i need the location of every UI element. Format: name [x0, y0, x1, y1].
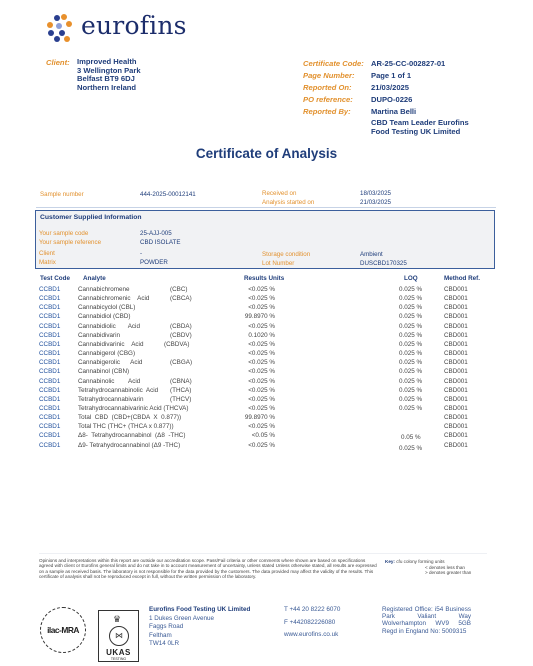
disclaimer-text: Opinions and interpretations within this… [39, 558, 379, 580]
meta-label: PO reference: [303, 95, 371, 104]
table-row: CCBD1Cannabinol (CBN)<0.025 %0.025 %CBD0… [0, 368, 533, 377]
loq-value: 0.025 % [399, 368, 422, 375]
result-value: <0.025 % [248, 405, 275, 412]
company-name: Eurofins Food Testing UK Limited [149, 606, 250, 615]
table-row: CCBD1Tetrahydrocannabivarinic Acid (THCV… [0, 405, 533, 414]
analyte-name: Δ8- Tetrahydrocannabinol (Δ8 -THC) [78, 432, 185, 439]
loq-value: 0.025 % [399, 323, 422, 330]
analyte-name: Cannabichromene [78, 286, 129, 293]
analyte-abbr: (CBDA) [170, 323, 192, 330]
sample-number-label: Sample number [40, 191, 84, 198]
loq-value: 0.025 % [399, 304, 422, 311]
company-address: Eurofins Food Testing UK Limited 1 Dukes… [149, 606, 250, 649]
brand-name: eurofins [81, 11, 187, 40]
result-value: <0.025 % [248, 350, 275, 357]
client-label: Client: [46, 58, 70, 67]
meta-po-reference: PO reference: DUPO-0226 [303, 94, 469, 106]
meta-value: 21/03/2025 [371, 83, 409, 92]
result-value: <0.025 % [248, 304, 275, 311]
divider [36, 207, 496, 208]
method-ref: CBD001 [444, 313, 468, 320]
address-line: Feltham [149, 632, 250, 641]
analyte-abbr: (CBDV) [170, 332, 192, 339]
analyte-name: Cannabigerol (CBG) [78, 350, 135, 357]
table-row: CCBD1Cannabigerol (CBG)<0.025 %0.025 %CB… [0, 350, 533, 359]
analyte-abbr: (CBC) [170, 286, 188, 293]
address-line: Faggs Road [149, 623, 250, 632]
test-code: CCBD1 [39, 286, 60, 293]
test-code: CCBD1 [39, 378, 60, 385]
analyte-name: Cannabigerolic Acid [78, 359, 142, 366]
loq-value: 0.025 % [399, 396, 422, 403]
contact-info: T +44 20 8222 6070 F +442082226080 www.e… [284, 606, 340, 640]
method-ref: CBD001 [444, 359, 468, 366]
key-legend: Key: cfu colony forming units < denotes … [385, 559, 471, 576]
ilac-text: ilac-MRA [47, 625, 79, 635]
table-row: CCBD1Cannabidivarin(CBDV)0.1020 %0.025 %… [0, 332, 533, 341]
col-results-units: Results Units [244, 275, 284, 282]
test-code: CCBD1 [39, 304, 60, 311]
method-ref: CBD001 [444, 423, 468, 430]
analyte-name: Cannabinolic Acid [78, 378, 140, 385]
loq-value: 0.025 % [399, 378, 422, 385]
analyte-name: Cannabidiol (CBD) [78, 313, 131, 320]
result-value: <0.05 % [252, 432, 275, 439]
analysis-started-label: Analysis started on [262, 199, 314, 206]
result-value: <0.025 % [248, 295, 275, 302]
logo-dots-icon [47, 14, 75, 42]
method-ref: CBD001 [444, 432, 468, 439]
test-code: CCBD1 [39, 368, 60, 375]
col-loq: LOQ [404, 275, 418, 282]
analyte-name: Total THC (THC+ (THCA x 0.877)) [78, 423, 174, 430]
ukas-text: UKAS [99, 648, 138, 657]
test-code: CCBD1 [39, 396, 60, 403]
test-code: CCBD1 [39, 350, 60, 357]
address-line: TW14 0LR [149, 640, 250, 649]
reported-by-line: Food Testing UK Limited [371, 127, 469, 136]
test-code: CCBD1 [39, 432, 60, 439]
meta-label: Certificate Code: [303, 59, 371, 68]
reported-by-title: CBD Team Leader Eurofins Food Testing UK… [303, 118, 469, 136]
customer-info-box: Customer Supplied Information Your sampl… [35, 210, 495, 269]
fax: F +442082226080 [284, 619, 340, 628]
meta-value: DUPO-0226 [371, 95, 412, 104]
analyte-name: Cannabidivarin [78, 332, 120, 339]
analyte-name: Tetrahydrocannabivarin [78, 396, 143, 403]
result-value: 99.8970 % [245, 414, 275, 421]
method-ref: CBD001 [444, 286, 468, 293]
key-label: Key: [385, 559, 395, 564]
divider [39, 553, 487, 554]
method-ref: CBD001 [444, 332, 468, 339]
loq-value: 0.025 % [399, 387, 422, 394]
method-ref: CBD001 [444, 295, 468, 302]
table-row: CCBD1Cannabichromenic Acid(CBCA)<0.025 %… [0, 295, 533, 304]
method-ref: CBD001 [444, 442, 468, 449]
table-row: CCBD1Cannabigerolic Acid(CBGA)<0.025 %0.… [0, 359, 533, 368]
sample-reference-label: Your sample reference [39, 239, 101, 246]
table-row: CCBD1Cannabidiol (CBD)99.8970 %0.025 %CB… [0, 313, 533, 322]
registered-office: Registered Office: i54 Business Park Val… [382, 606, 471, 635]
ukas-emblem-icon: ⋈ [109, 626, 129, 646]
meta-value: AR-25-CC-002827-01 [371, 59, 445, 68]
test-code: CCBD1 [39, 414, 60, 421]
test-code: CCBD1 [39, 387, 60, 394]
website-link[interactable]: www.eurofins.co.uk [284, 631, 340, 640]
method-ref: CBD001 [444, 304, 468, 311]
method-ref: CBD001 [444, 414, 468, 421]
client-address: Improved Health 3 Wellington Park Belfas… [77, 58, 141, 92]
method-ref: CBD001 [444, 341, 468, 348]
test-code: CCBD1 [39, 295, 60, 302]
client-field-label: Client [39, 250, 55, 257]
result-value: 0.1020 % [248, 332, 275, 339]
analyte-name: Total CBD (CBD+(CBDA X 0.877)) [78, 414, 181, 421]
sample-number: 444-2025-00012141 [140, 191, 196, 198]
table-row: CCBD1Total THC (THC+ (THCA x 0.877))<0.0… [0, 423, 533, 432]
analyte-name: Cannabidiolic Acid [78, 323, 140, 330]
client-field: - [140, 250, 142, 257]
table-row: CCBD1Cannabicyclol (CBL)<0.025 %0.025 %C… [0, 304, 533, 313]
method-ref: CBD001 [444, 396, 468, 403]
lot-number: DUSCBD170325 [360, 260, 407, 267]
meta-label: Reported On: [303, 83, 371, 92]
meta-label: Page Number: [303, 71, 371, 80]
result-value: <0.025 % [248, 341, 275, 348]
result-value: <0.025 % [248, 387, 275, 394]
loq-value: 0.025 % [399, 359, 422, 366]
result-value: <0.025 % [248, 368, 275, 375]
storage-condition: Ambient [360, 251, 383, 258]
loq-value: 0.025 % [399, 313, 422, 320]
analyte-name: Cannabidivarinic Acid [78, 341, 143, 348]
loq-value: 0.025 % [399, 445, 422, 452]
key-line: cfu colony forming units [396, 559, 444, 564]
meta-reported-on: Reported On: 21/03/2025 [303, 81, 469, 93]
address-line: 1 Dukes Green Avenue [149, 615, 250, 624]
sample-code-label: Your sample code [39, 230, 88, 237]
method-ref: CBD001 [444, 405, 468, 412]
loq-value: 0.025 % [399, 405, 422, 412]
test-code: CCBD1 [39, 323, 60, 330]
client-line: Northern Ireland [77, 84, 141, 93]
result-value: <0.025 % [248, 396, 275, 403]
sample-code: 25-AJJ-005 [140, 230, 172, 237]
sample-reference: CBD ISOLATE [140, 239, 180, 246]
analyte-abbr: (CBGA) [170, 359, 192, 366]
result-value: <0.025 % [248, 359, 275, 366]
table-row: CCBD1Cannabidiolic Acid(CBDA)<0.025 %0.0… [0, 323, 533, 332]
test-code: CCBD1 [39, 332, 60, 339]
lot-label: Lot Number [262, 260, 294, 267]
received-date: 18/03/2025 [360, 190, 391, 197]
analyte-abbr: (THCA) [170, 387, 191, 394]
loq-value: 0.025 % [399, 341, 422, 348]
analyte-name: Δ9- Tetrahydrocannabinol (Δ9 -THC) [78, 442, 180, 449]
analyte-name: Tetrahydrocannabivarinic Acid (THCVA) [78, 405, 188, 412]
loq-value: 0.05 % [401, 434, 421, 441]
result-value: <0.025 % [248, 323, 275, 330]
col-test-code: Test Code [40, 275, 70, 282]
meta-label: Reported By: [303, 107, 371, 116]
meta-value: Martina Belli [371, 107, 416, 116]
loq-value: 0.025 % [399, 295, 422, 302]
analyte-name: Cannabicyclol (CBL) [78, 304, 135, 311]
table-row: CCBD1Δ9- Tetrahydrocannabinol (Δ9 -THC)<… [0, 442, 533, 451]
result-value: <0.025 % [248, 378, 275, 385]
result-value: <0.025 % [248, 423, 275, 430]
method-ref: CBD001 [444, 350, 468, 357]
table-row: CCBD1Cannabichromene(CBC)<0.025 %0.025 %… [0, 286, 533, 295]
phone: T +44 20 8222 6070 [284, 606, 340, 615]
key-line: > denotes greater than [385, 570, 471, 576]
result-value: <0.025 % [248, 442, 275, 449]
eurofins-logo: eurofins [47, 14, 177, 46]
test-code: CCBD1 [39, 405, 60, 412]
table-row: CCBD1Tetrahydrocannabivarin(THCV)<0.025 … [0, 396, 533, 405]
ukas-logo-icon: ♛ ⋈ UKAS TESTING [98, 610, 139, 662]
received-label: Received on [262, 190, 296, 197]
ilac-mra-logo-icon: ilac-MRA [40, 607, 86, 653]
meta-page-number: Page Number: Page 1 of 1 [303, 69, 469, 81]
table-row: CCBD1Cannabidivarinic Acid(CBDVA)<0.025 … [0, 341, 533, 350]
table-row: CCBD1Δ8- Tetrahydrocannabinol (Δ8 -THC)<… [0, 432, 533, 441]
analysis-started-date: 21/03/2025 [360, 199, 391, 206]
matrix-label: Matrix [39, 259, 56, 266]
method-ref: CBD001 [444, 387, 468, 394]
test-code: CCBD1 [39, 423, 60, 430]
analyte-abbr: (THCV) [170, 396, 191, 403]
method-ref: CBD001 [444, 323, 468, 330]
col-analyte: Analyte [83, 275, 106, 282]
customer-info-title: Customer Supplied Information [40, 214, 142, 221]
analyte-name: Tetrahydrocannabinolic Acid [78, 387, 158, 394]
table-row: CCBD1Cannabinolic Acid(CBNA)<0.025 %0.02… [0, 378, 533, 387]
analyte-name: Cannabinol (CBN) [78, 368, 129, 375]
certificate-meta: Certificate Code: AR-25-CC-002827-01 Pag… [303, 57, 469, 136]
method-ref: CBD001 [444, 378, 468, 385]
meta-value: Page 1 of 1 [371, 71, 411, 80]
loq-value: 0.025 % [399, 350, 422, 357]
test-code: CCBD1 [39, 313, 60, 320]
loq-value: 0.025 % [399, 286, 422, 293]
meta-reported-by: Reported By: Martina Belli [303, 106, 469, 118]
analyte-abbr: (CBCA) [170, 295, 192, 302]
test-code: CCBD1 [39, 359, 60, 366]
meta-certificate-code: Certificate Code: AR-25-CC-002827-01 [303, 57, 469, 69]
page-title: Certificate of Analysis [0, 146, 533, 161]
storage-label: Storage condition [262, 251, 310, 258]
matrix: POWDER [140, 259, 168, 266]
analyte-name: Cannabichromenic Acid [78, 295, 149, 302]
analyte-abbr: (CBDVA) [164, 341, 189, 348]
analyte-abbr: (CBNA) [170, 378, 192, 385]
ukas-subtext: TESTING [99, 657, 138, 661]
result-value: <0.025 % [248, 286, 275, 293]
result-value: 99.8970 % [245, 313, 275, 320]
reported-by-line: CBD Team Leader Eurofins [371, 118, 469, 127]
table-row: CCBD1Tetrahydrocannabinolic Acid(THCA)<0… [0, 387, 533, 396]
test-code: CCBD1 [39, 341, 60, 348]
table-row: CCBD1Total CBD (CBD+(CBDA X 0.877))99.89… [0, 414, 533, 423]
col-method-ref: Method Ref. [444, 275, 480, 282]
method-ref: CBD001 [444, 368, 468, 375]
test-code: CCBD1 [39, 442, 60, 449]
crown-icon: ♛ [113, 614, 121, 625]
loq-value: 0.025 % [399, 332, 422, 339]
